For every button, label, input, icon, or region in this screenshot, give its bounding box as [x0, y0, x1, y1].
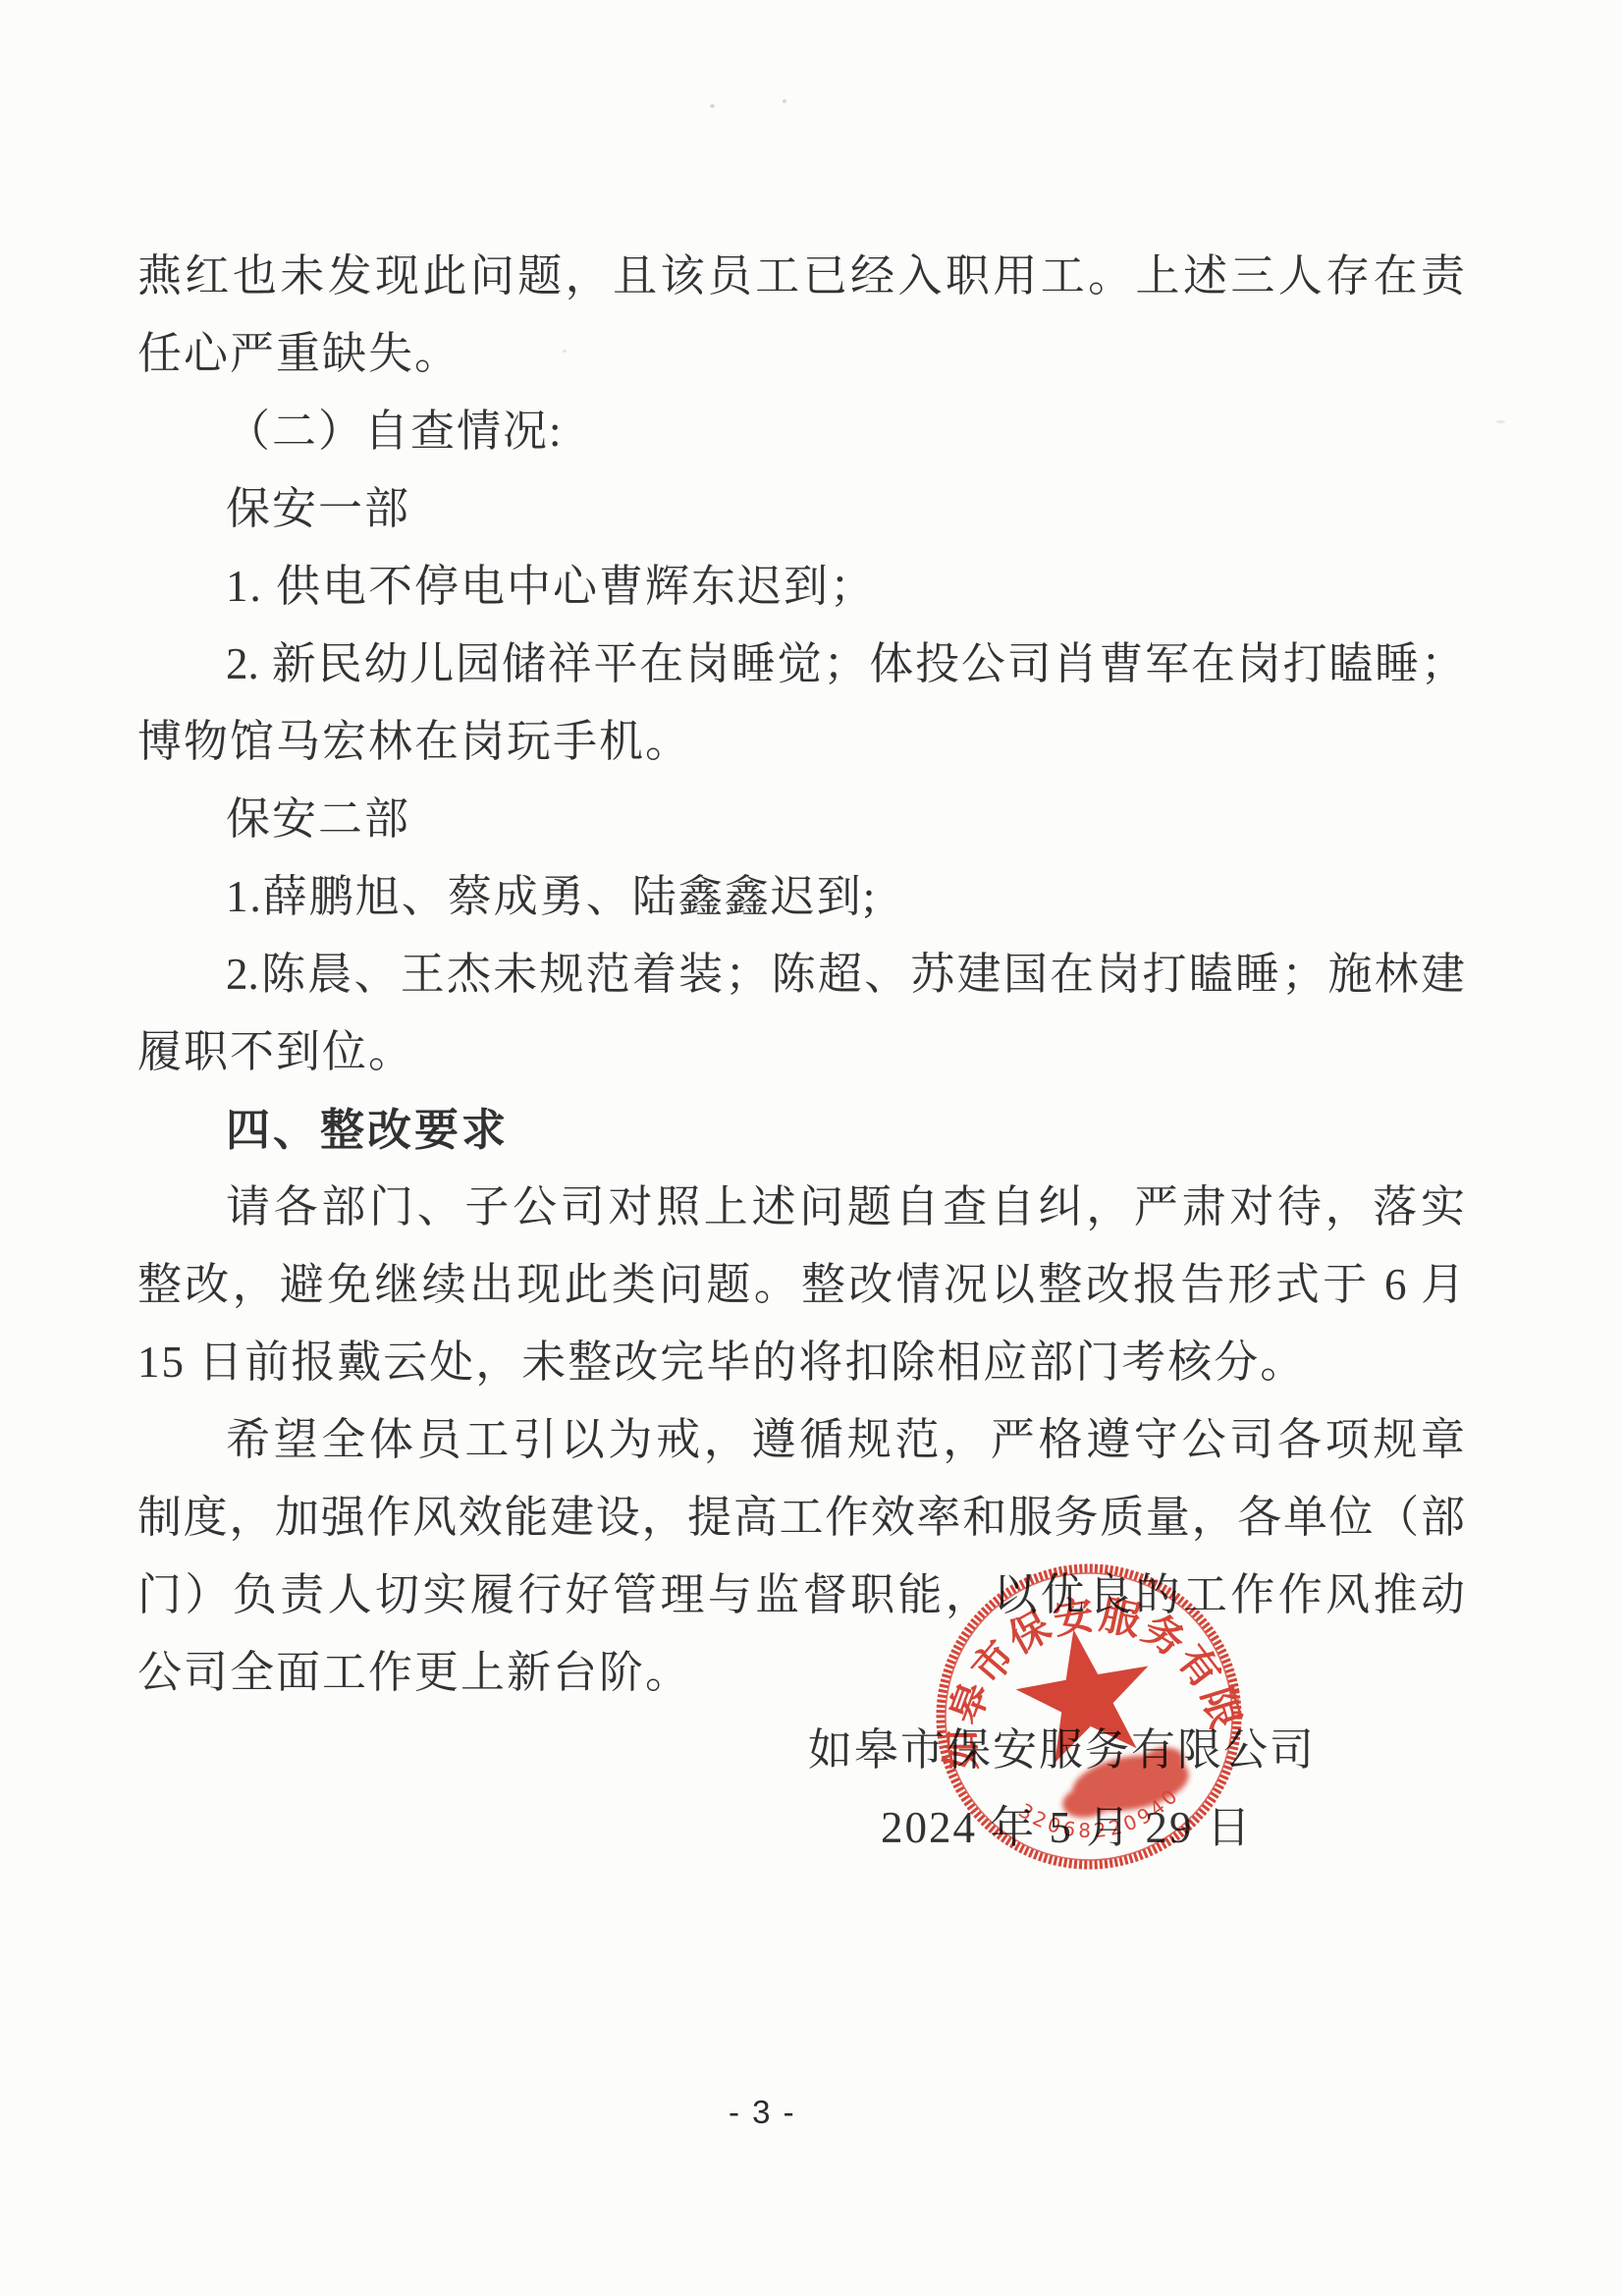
- document-body: 燕红也未发现此问题，且该员工已经入职用工。上述三人存在责任心严重缺失。（二）自查…: [137, 238, 1465, 1867]
- text-line: 1. 供电不停电中心曹辉东迟到；: [137, 548, 1465, 626]
- document-page: 燕红也未发现此问题，且该员工已经入职用工。上述三人存在责任心严重缺失。（二）自查…: [0, 0, 1623, 2296]
- text-line: 燕红也未发现此问题，且该员工已经入职用工。上述三人存在责: [137, 238, 1465, 315]
- text-line: 保安二部: [137, 781, 1465, 858]
- text-line: 保安一部: [137, 470, 1465, 548]
- text-line: 2.陈晨、王杰未规范着装；陈超、苏建国在岗打瞌睡；施林建: [137, 936, 1465, 1013]
- signature-company-line: 如皋市保安服务有限公司: [808, 1712, 1465, 1789]
- signature-date-line: 2024 年 5 月 29 日: [881, 1789, 1465, 1867]
- scan-speck: [1496, 420, 1505, 423]
- text-line: 1.薛鹏旭、蔡成勇、陆鑫鑫迟到;: [137, 858, 1465, 936]
- text-line: 任心严重缺失。: [137, 315, 1465, 393]
- text-line: 希望全体员工引以为戒，遵循规范，严格遵守公司各项规章: [137, 1401, 1465, 1479]
- text-line: 制度，加强作风效能建设，提高工作效率和服务质量，各单位（部: [137, 1479, 1465, 1557]
- text-line: 博物馆马宏林在岗玩手机。: [137, 703, 1465, 781]
- text-line: 整改，避免继续出现此类问题。整改情况以整改报告形式于 6 月: [137, 1246, 1465, 1324]
- text-line: 公司全面工作更上新台阶。: [137, 1634, 1465, 1712]
- scan-speck: [710, 104, 715, 108]
- text-line: 15 日前报戴云处，未整改完毕的将扣除相应部门考核分。: [137, 1324, 1465, 1401]
- page-number: - 3 -: [729, 2094, 846, 2131]
- text-line: 四、整改要求: [137, 1091, 1465, 1169]
- scan-speck: [563, 350, 567, 353]
- text-line: 请各部门、子公司对照上述问题自查自纠，严肃对待，落实: [137, 1169, 1465, 1246]
- text-line: 门）负责人切实履行好管理与监督职能，以优良的工作作风推动: [137, 1557, 1465, 1634]
- text-line: （二）自查情况:: [137, 393, 1465, 470]
- scan-speck: [783, 99, 786, 103]
- text-line: 2. 新民幼儿园储祥平在岗睡觉；体投公司肖曹军在岗打瞌睡；: [137, 626, 1465, 703]
- text-line: 履职不到位。: [137, 1013, 1465, 1091]
